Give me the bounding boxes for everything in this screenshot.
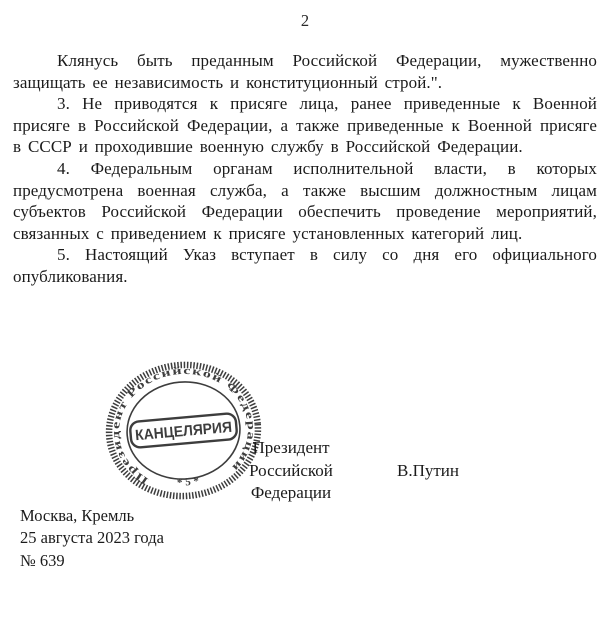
signature-title-line2: Российской Федерации (212, 460, 370, 505)
paragraph-item-3: 3. Не приводятся к присяге лица, ранее п… (13, 93, 597, 158)
signature-title-line1: Президент (212, 437, 370, 460)
paragraph-item-4: 4. Федеральным органам исполнительной вл… (13, 158, 597, 244)
signature-name: В.Путин (397, 460, 459, 483)
decree-body-text: Клянусь быть преданным Российской Федера… (13, 50, 597, 288)
decree-footer: Москва, Кремль 25 августа 2023 года № 63… (20, 505, 164, 572)
paragraph-oath-continuation: Клянусь быть преданным Российской Федера… (13, 50, 597, 93)
page-number: 2 (0, 11, 610, 31)
signature-title: Президент Российской Федерации (212, 437, 370, 505)
footer-number: № 639 (20, 550, 164, 572)
stamp-bottom-text: * 5 * (177, 475, 200, 489)
footer-place: Москва, Кремль (20, 505, 164, 527)
paragraph-item-5: 5. Настоящий Указ вступает в силу со дня… (13, 244, 597, 287)
footer-date: 25 августа 2023 года (20, 527, 164, 549)
decree-page: 2 Клянусь быть преданным Российской Феде… (0, 0, 610, 631)
